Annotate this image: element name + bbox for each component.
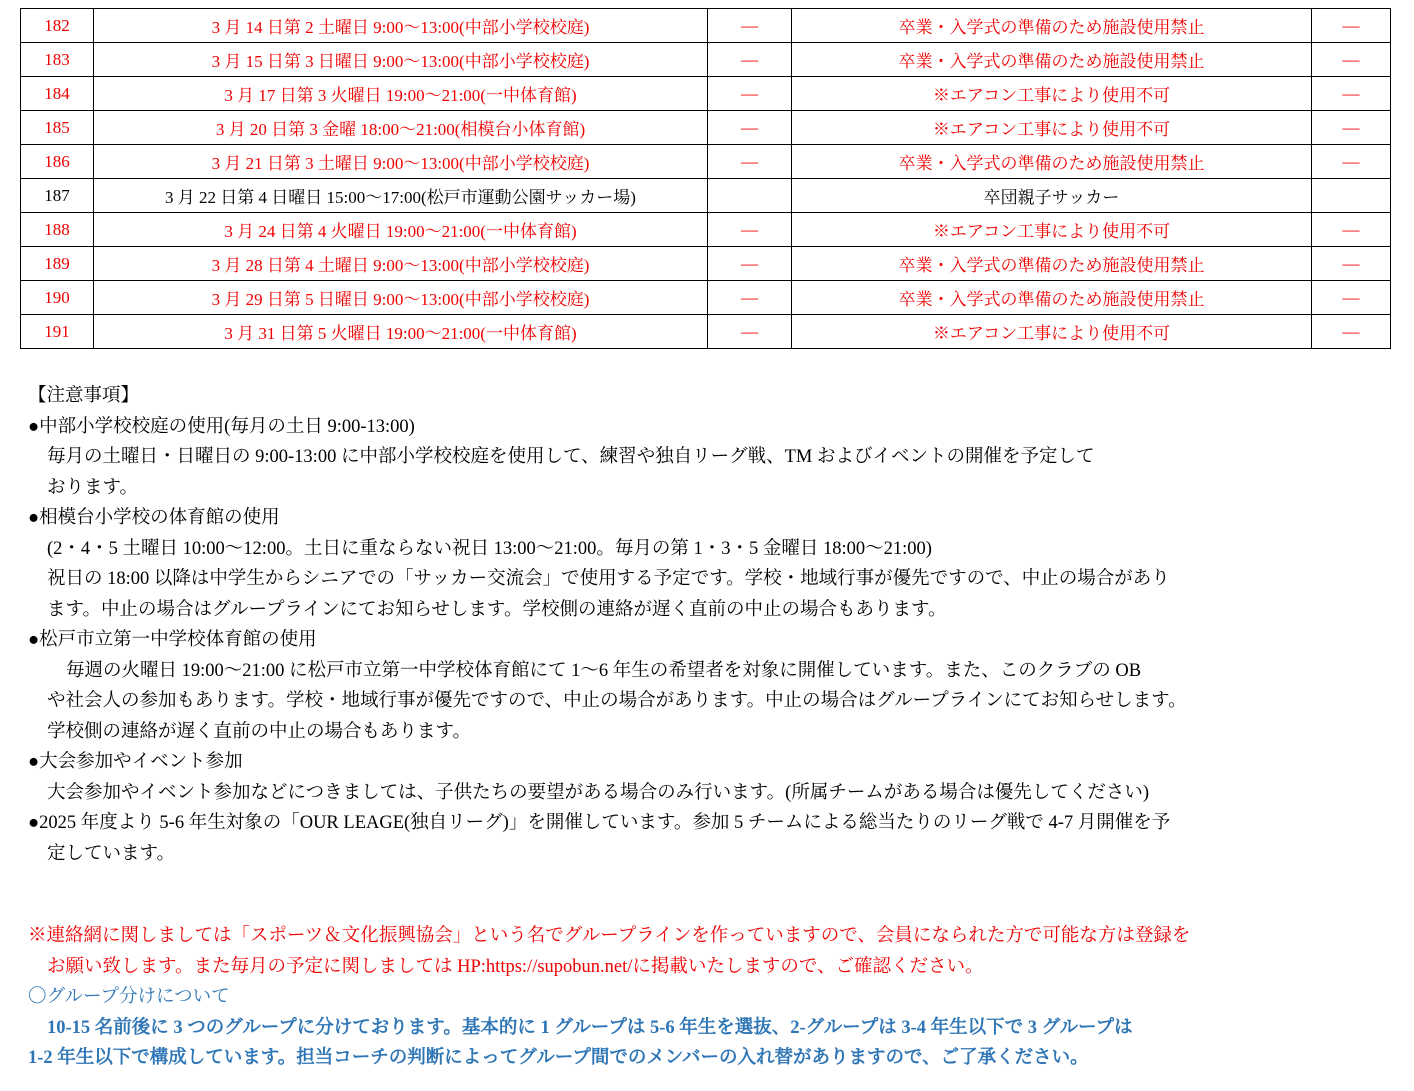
note-line: ●中部小学校校庭の使用(毎月の土日 9:00-13:00) xyxy=(28,412,1396,443)
row-dash: — xyxy=(1312,77,1391,111)
row-dash: — xyxy=(1312,213,1391,247)
note-line: ●松戸市立第一中学校体育館の使用 xyxy=(28,625,1396,656)
row-dash: — xyxy=(708,247,792,281)
row-dash: — xyxy=(1312,111,1391,145)
note-line: 学校側の連絡が遅く直前の中止の場合もあります。 xyxy=(28,717,1396,748)
row-dash: — xyxy=(1312,9,1391,43)
row-dash: — xyxy=(708,9,792,43)
table-row: 186 3 月 21 日第 3 土曜日 9:00～13:00(中部小学校校庭) … xyxy=(21,145,1391,179)
row-description: 卒業・入学式の準備のため施設使用禁止 xyxy=(792,9,1312,43)
table-row: 184 3 月 17 日第 3 火曜日 19:00～21:00(一中体育館) —… xyxy=(21,77,1391,111)
note-line: 定しています。 xyxy=(28,839,1396,870)
row-date: 3 月 21 日第 3 土曜日 9:00～13:00(中部小学校校庭) xyxy=(94,145,708,179)
note-line: おります。 xyxy=(28,473,1396,504)
row-date: 3 月 15 日第 3 日曜日 9:00～13:00(中部小学校校庭) xyxy=(94,43,708,77)
row-dash: — xyxy=(708,145,792,179)
row-dash: — xyxy=(708,111,792,145)
row-dash: — xyxy=(1312,247,1391,281)
row-date: 3 月 17 日第 3 火曜日 19:00～21:00(一中体育館) xyxy=(94,77,708,111)
row-number: 191 xyxy=(21,315,94,349)
contact-note-line: お願い致します。また毎月の予定に関しましては HP:https://supobu… xyxy=(28,952,1396,983)
row-date: 3 月 22 日第 4 日曜日 15:00～17:00(松戸市運動公園サッカー場… xyxy=(94,179,708,213)
row-date: 3 月 24 日第 4 火曜日 19:00～21:00(一中体育館) xyxy=(94,213,708,247)
row-description: 卒業・入学式の準備のため施設使用禁止 xyxy=(792,145,1312,179)
row-number: 190 xyxy=(21,281,94,315)
row-dash: — xyxy=(708,77,792,111)
row-dash: — xyxy=(708,281,792,315)
contact-note-line: ※連絡網に関しましては「スポーツ＆文化振興協会」という名でグループラインを作って… xyxy=(28,921,1396,952)
row-dash xyxy=(1312,179,1391,213)
row-number: 183 xyxy=(21,43,94,77)
row-description: ※エアコン工事により使用不可 xyxy=(792,77,1312,111)
table-row: 188 3 月 24 日第 4 火曜日 19:00～21:00(一中体育館) —… xyxy=(21,213,1391,247)
row-number: 184 xyxy=(21,77,94,111)
row-date: 3 月 29 日第 5 日曜日 9:00～13:00(中部小学校校庭) xyxy=(94,281,708,315)
note-line: ●2025 年度より 5-6 年生対象の「OUR LEAGE(独自リーグ)」を開… xyxy=(28,808,1396,839)
row-description: 卒業・入学式の準備のため施設使用禁止 xyxy=(792,247,1312,281)
grouping-line: 1-2 年生以下で構成しています。担当コーチの判断によってグループ間でのメンバー… xyxy=(28,1043,1396,1074)
note-line: (2・4・5 土曜日 10:00～12:00。土日に重ならない祝日 13:00～… xyxy=(28,534,1396,565)
table-row: 191 3 月 31 日第 5 火曜日 19:00～21:00(一中体育館) —… xyxy=(21,315,1391,349)
row-description: 卒業・入学式の準備のため施設使用禁止 xyxy=(792,43,1312,77)
row-description: 卒業・入学式の準備のため施設使用禁止 xyxy=(792,281,1312,315)
row-number: 189 xyxy=(21,247,94,281)
note-line: 祝日の 18:00 以降は中学生からシニアでの「サッカー交流会」で使用する予定で… xyxy=(28,564,1396,595)
row-number: 182 xyxy=(21,9,94,43)
row-dash xyxy=(708,179,792,213)
table-row: 187 3 月 22 日第 4 日曜日 15:00～17:00(松戸市運動公園サ… xyxy=(21,179,1391,213)
table-row: 183 3 月 15 日第 3 日曜日 9:00～13:00(中部小学校校庭) … xyxy=(21,43,1391,77)
row-number: 186 xyxy=(21,145,94,179)
schedule-table: 182 3 月 14 日第 2 土曜日 9:00～13:00(中部小学校校庭) … xyxy=(20,8,1391,349)
row-date: 3 月 14 日第 2 土曜日 9:00～13:00(中部小学校校庭) xyxy=(94,9,708,43)
row-dash: — xyxy=(1312,145,1391,179)
table-row: 189 3 月 28 日第 4 土曜日 9:00～13:00(中部小学校校庭) … xyxy=(21,247,1391,281)
row-date: 3 月 31 日第 5 火曜日 19:00～21:00(一中体育館) xyxy=(94,315,708,349)
grouping-line: 10-15 名前後に 3 つのグループに分けております。基本的に 1 グループは… xyxy=(28,1013,1396,1044)
row-date: 3 月 20 日第 3 金曜 18:00～21:00(相模台小体育館) xyxy=(94,111,708,145)
table-row: 182 3 月 14 日第 2 土曜日 9:00～13:00(中部小学校校庭) … xyxy=(21,9,1391,43)
note-line: ●相模台小学校の体育館の使用 xyxy=(28,503,1396,534)
row-description: 卒団親子サッカー xyxy=(792,179,1312,213)
row-number: 188 xyxy=(21,213,94,247)
document-page: 182 3 月 14 日第 2 土曜日 9:00～13:00(中部小学校校庭) … xyxy=(0,0,1414,1091)
notes-section: 【注意事項】 ●中部小学校校庭の使用(毎月の土日 9:00-13:00) 毎月の… xyxy=(28,381,1396,1074)
note-line: や社会人の参加もあります。学校・地域行事が優先ですので、中止の場合があります。中… xyxy=(28,686,1396,717)
table-row: 185 3 月 20 日第 3 金曜 18:00～21:00(相模台小体育館) … xyxy=(21,111,1391,145)
row-dash: — xyxy=(1312,43,1391,77)
table-row: 190 3 月 29 日第 5 日曜日 9:00～13:00(中部小学校校庭) … xyxy=(21,281,1391,315)
row-number: 185 xyxy=(21,111,94,145)
row-date: 3 月 28 日第 4 土曜日 9:00～13:00(中部小学校校庭) xyxy=(94,247,708,281)
notes-title: 【注意事項】 xyxy=(28,381,1396,412)
row-dash: — xyxy=(708,315,792,349)
note-line: 毎週の火曜日 19:00～21:00 に松戸市立第一中学校体育館にて 1～6 年… xyxy=(28,656,1396,687)
row-description: ※エアコン工事により使用不可 xyxy=(792,111,1312,145)
note-line: ●大会参加やイベント参加 xyxy=(28,747,1396,778)
section-gap xyxy=(28,869,1396,921)
row-dash: — xyxy=(1312,315,1391,349)
row-description: ※エアコン工事により使用不可 xyxy=(792,213,1312,247)
note-line: ます。中止の場合はグループラインにてお知らせします。学校側の連絡が遅く直前の中止… xyxy=(28,595,1396,626)
grouping-heading: 〇グループ分けについて xyxy=(28,982,1396,1013)
row-description: ※エアコン工事により使用不可 xyxy=(792,315,1312,349)
note-line: 毎月の土曜日・日曜日の 9:00-13:00 に中部小学校校庭を使用して、練習や… xyxy=(28,442,1396,473)
row-dash: — xyxy=(708,43,792,77)
note-line: 大会参加やイベント参加などにつきましては、子供たちの要望がある場合のみ行います。… xyxy=(28,778,1396,809)
row-number: 187 xyxy=(21,179,94,213)
row-dash: — xyxy=(708,213,792,247)
row-dash: — xyxy=(1312,281,1391,315)
